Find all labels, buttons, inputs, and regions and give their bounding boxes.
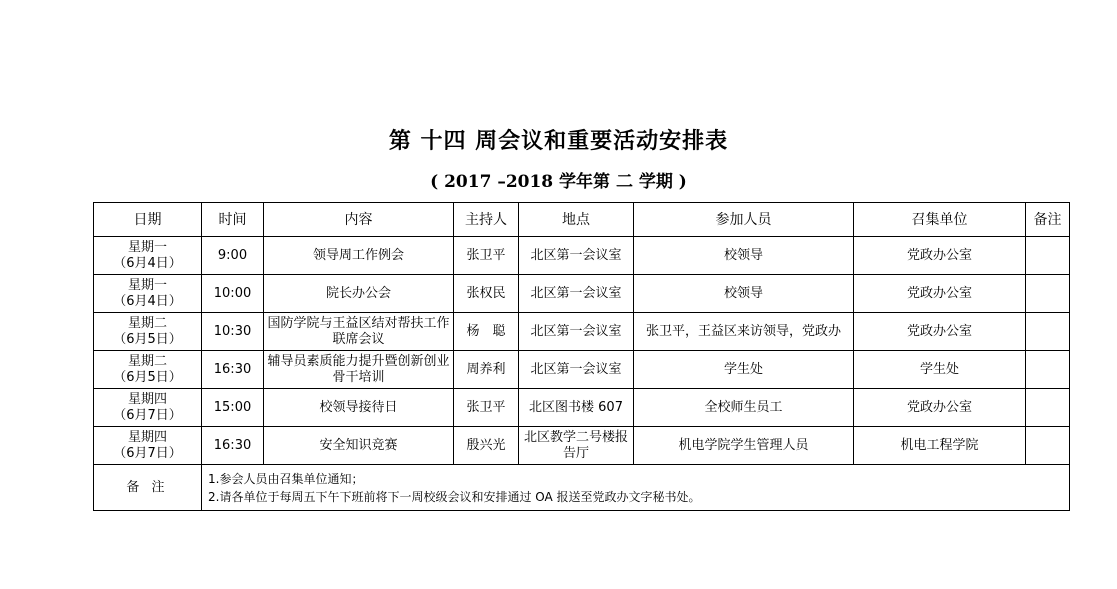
weekday: 星期一 — [94, 240, 201, 256]
date: （6月4日） — [94, 256, 201, 272]
participants-cell: 张卫平，王益区来访领导，党政办 — [634, 313, 854, 351]
date: （6月5日） — [94, 332, 201, 348]
location-cell: 北区第一会议室 — [519, 351, 634, 389]
content-cell: 院长办公会 — [264, 275, 454, 313]
header-date: 日期 — [94, 203, 202, 237]
date: （6月4日） — [94, 294, 201, 310]
table-row: 星期四（6月7日） 16:30 安全知识竞赛 殷兴光 北区教学二号楼报告厅 机电… — [94, 427, 1070, 465]
date: （6月7日） — [94, 446, 201, 462]
weekday: 星期一 — [94, 278, 201, 294]
participants-cell: 机电学院学生管理人员 — [634, 427, 854, 465]
date-cell: 星期四（6月7日） — [94, 427, 202, 465]
date-cell: 星期二（6月5日） — [94, 351, 202, 389]
header-host: 主持人 — [454, 203, 519, 237]
content-cell: 辅导员素质能力提升暨创新创业骨干培训 — [264, 351, 454, 389]
date: （6月5日） — [94, 370, 201, 386]
header-time: 时间 — [202, 203, 264, 237]
notes-label: 备 注 — [94, 465, 202, 511]
participants-cell: 校领导 — [634, 237, 854, 275]
host-cell: 张卫平 — [454, 389, 519, 427]
table-row: 星期二（6月5日） 16:30 辅导员素质能力提升暨创新创业骨干培训 周养利 北… — [94, 351, 1070, 389]
date-cell: 星期一（6月4日） — [94, 275, 202, 313]
header-location: 地点 — [519, 203, 634, 237]
organizer-cell: 党政办公室 — [854, 313, 1026, 351]
host-cell: 周养利 — [454, 351, 519, 389]
date-cell: 星期一（6月4日） — [94, 237, 202, 275]
table-row: 星期一（6月4日） 9:00 领导周工作例会 张卫平 北区第一会议室 校领导 党… — [94, 237, 1070, 275]
organizer-cell: 党政办公室 — [854, 237, 1026, 275]
header-content: 内容 — [264, 203, 454, 237]
remark-cell — [1026, 237, 1070, 275]
header-participants: 参加人员 — [634, 203, 854, 237]
participants-cell: 校领导 — [634, 275, 854, 313]
location-cell: 北区第一会议室 — [519, 275, 634, 313]
location-cell: 北区第一会议室 — [519, 313, 634, 351]
location-cell: 北区第一会议室 — [519, 237, 634, 275]
time-cell: 16:30 — [202, 427, 264, 465]
weekday: 星期四 — [94, 430, 201, 446]
participants-cell: 学生处 — [634, 351, 854, 389]
content-cell: 校领导接待日 — [264, 389, 454, 427]
host-cell: 张卫平 — [454, 237, 519, 275]
weekday: 星期二 — [94, 316, 201, 332]
date: （6月7日） — [94, 408, 201, 424]
date-cell: 星期二（6月5日） — [94, 313, 202, 351]
host-cell: 殷兴光 — [454, 427, 519, 465]
content-cell: 领导周工作例会 — [264, 237, 454, 275]
organizer-cell: 机电工程学院 — [854, 427, 1026, 465]
remark-cell — [1026, 275, 1070, 313]
note-line: 2.请各单位于每周五下午下班前将下一周校级会议和安排通过 OA 报送至党政办文字… — [208, 488, 1069, 506]
time-cell: 15:00 — [202, 389, 264, 427]
remark-cell — [1026, 351, 1070, 389]
weekday: 星期四 — [94, 392, 201, 408]
header-remark: 备注 — [1026, 203, 1070, 237]
remark-cell — [1026, 389, 1070, 427]
header-row: 日期 时间 内容 主持人 地点 参加人员 召集单位 备注 — [94, 203, 1070, 237]
date-cell: 星期四（6月7日） — [94, 389, 202, 427]
host-cell: 张权民 — [454, 275, 519, 313]
table-row: 星期二（6月5日） 10:30 国防学院与王益区结对帮扶工作联席会议 杨 聪 北… — [94, 313, 1070, 351]
organizer-cell: 党政办公室 — [854, 275, 1026, 313]
organizer-cell: 学生处 — [854, 351, 1026, 389]
note-line: 1.参会人员由召集单位通知； — [208, 470, 1069, 488]
table-row: 星期一（6月4日） 10:00 院长办公会 张权民 北区第一会议室 校领导 党政… — [94, 275, 1070, 313]
header-organizer: 召集单位 — [854, 203, 1026, 237]
notes-content: 1.参会人员由召集单位通知； 2.请各单位于每周五下午下班前将下一周校级会议和安… — [202, 465, 1070, 511]
time-cell: 16:30 — [202, 351, 264, 389]
organizer-cell: 党政办公室 — [854, 389, 1026, 427]
participants-cell: 全校师生员工 — [634, 389, 854, 427]
time-cell: 10:30 — [202, 313, 264, 351]
content-cell: 国防学院与王益区结对帮扶工作联席会议 — [264, 313, 454, 351]
content-cell: 安全知识竞赛 — [264, 427, 454, 465]
remark-cell — [1026, 313, 1070, 351]
time-cell: 10:00 — [202, 275, 264, 313]
schedule-table: 日期 时间 内容 主持人 地点 参加人员 召集单位 备注 星期一（6月4日） 9… — [93, 202, 1070, 511]
table-row: 星期四（6月7日） 15:00 校领导接待日 张卫平 北区图书楼 607 全校师… — [94, 389, 1070, 427]
weekday: 星期二 — [94, 354, 201, 370]
notes-row: 备 注 1.参会人员由召集单位通知； 2.请各单位于每周五下午下班前将下一周校级… — [94, 465, 1070, 511]
host-cell: 杨 聪 — [454, 313, 519, 351]
page-subtitle: ( 2017 –2018 学年第 二 学期 ) — [0, 167, 1117, 192]
remark-cell — [1026, 427, 1070, 465]
location-cell: 北区图书楼 607 — [519, 389, 634, 427]
page-title: 第 十四 周会议和重要活动安排表 — [0, 124, 1117, 155]
location-cell: 北区教学二号楼报告厅 — [519, 427, 634, 465]
time-cell: 9:00 — [202, 237, 264, 275]
